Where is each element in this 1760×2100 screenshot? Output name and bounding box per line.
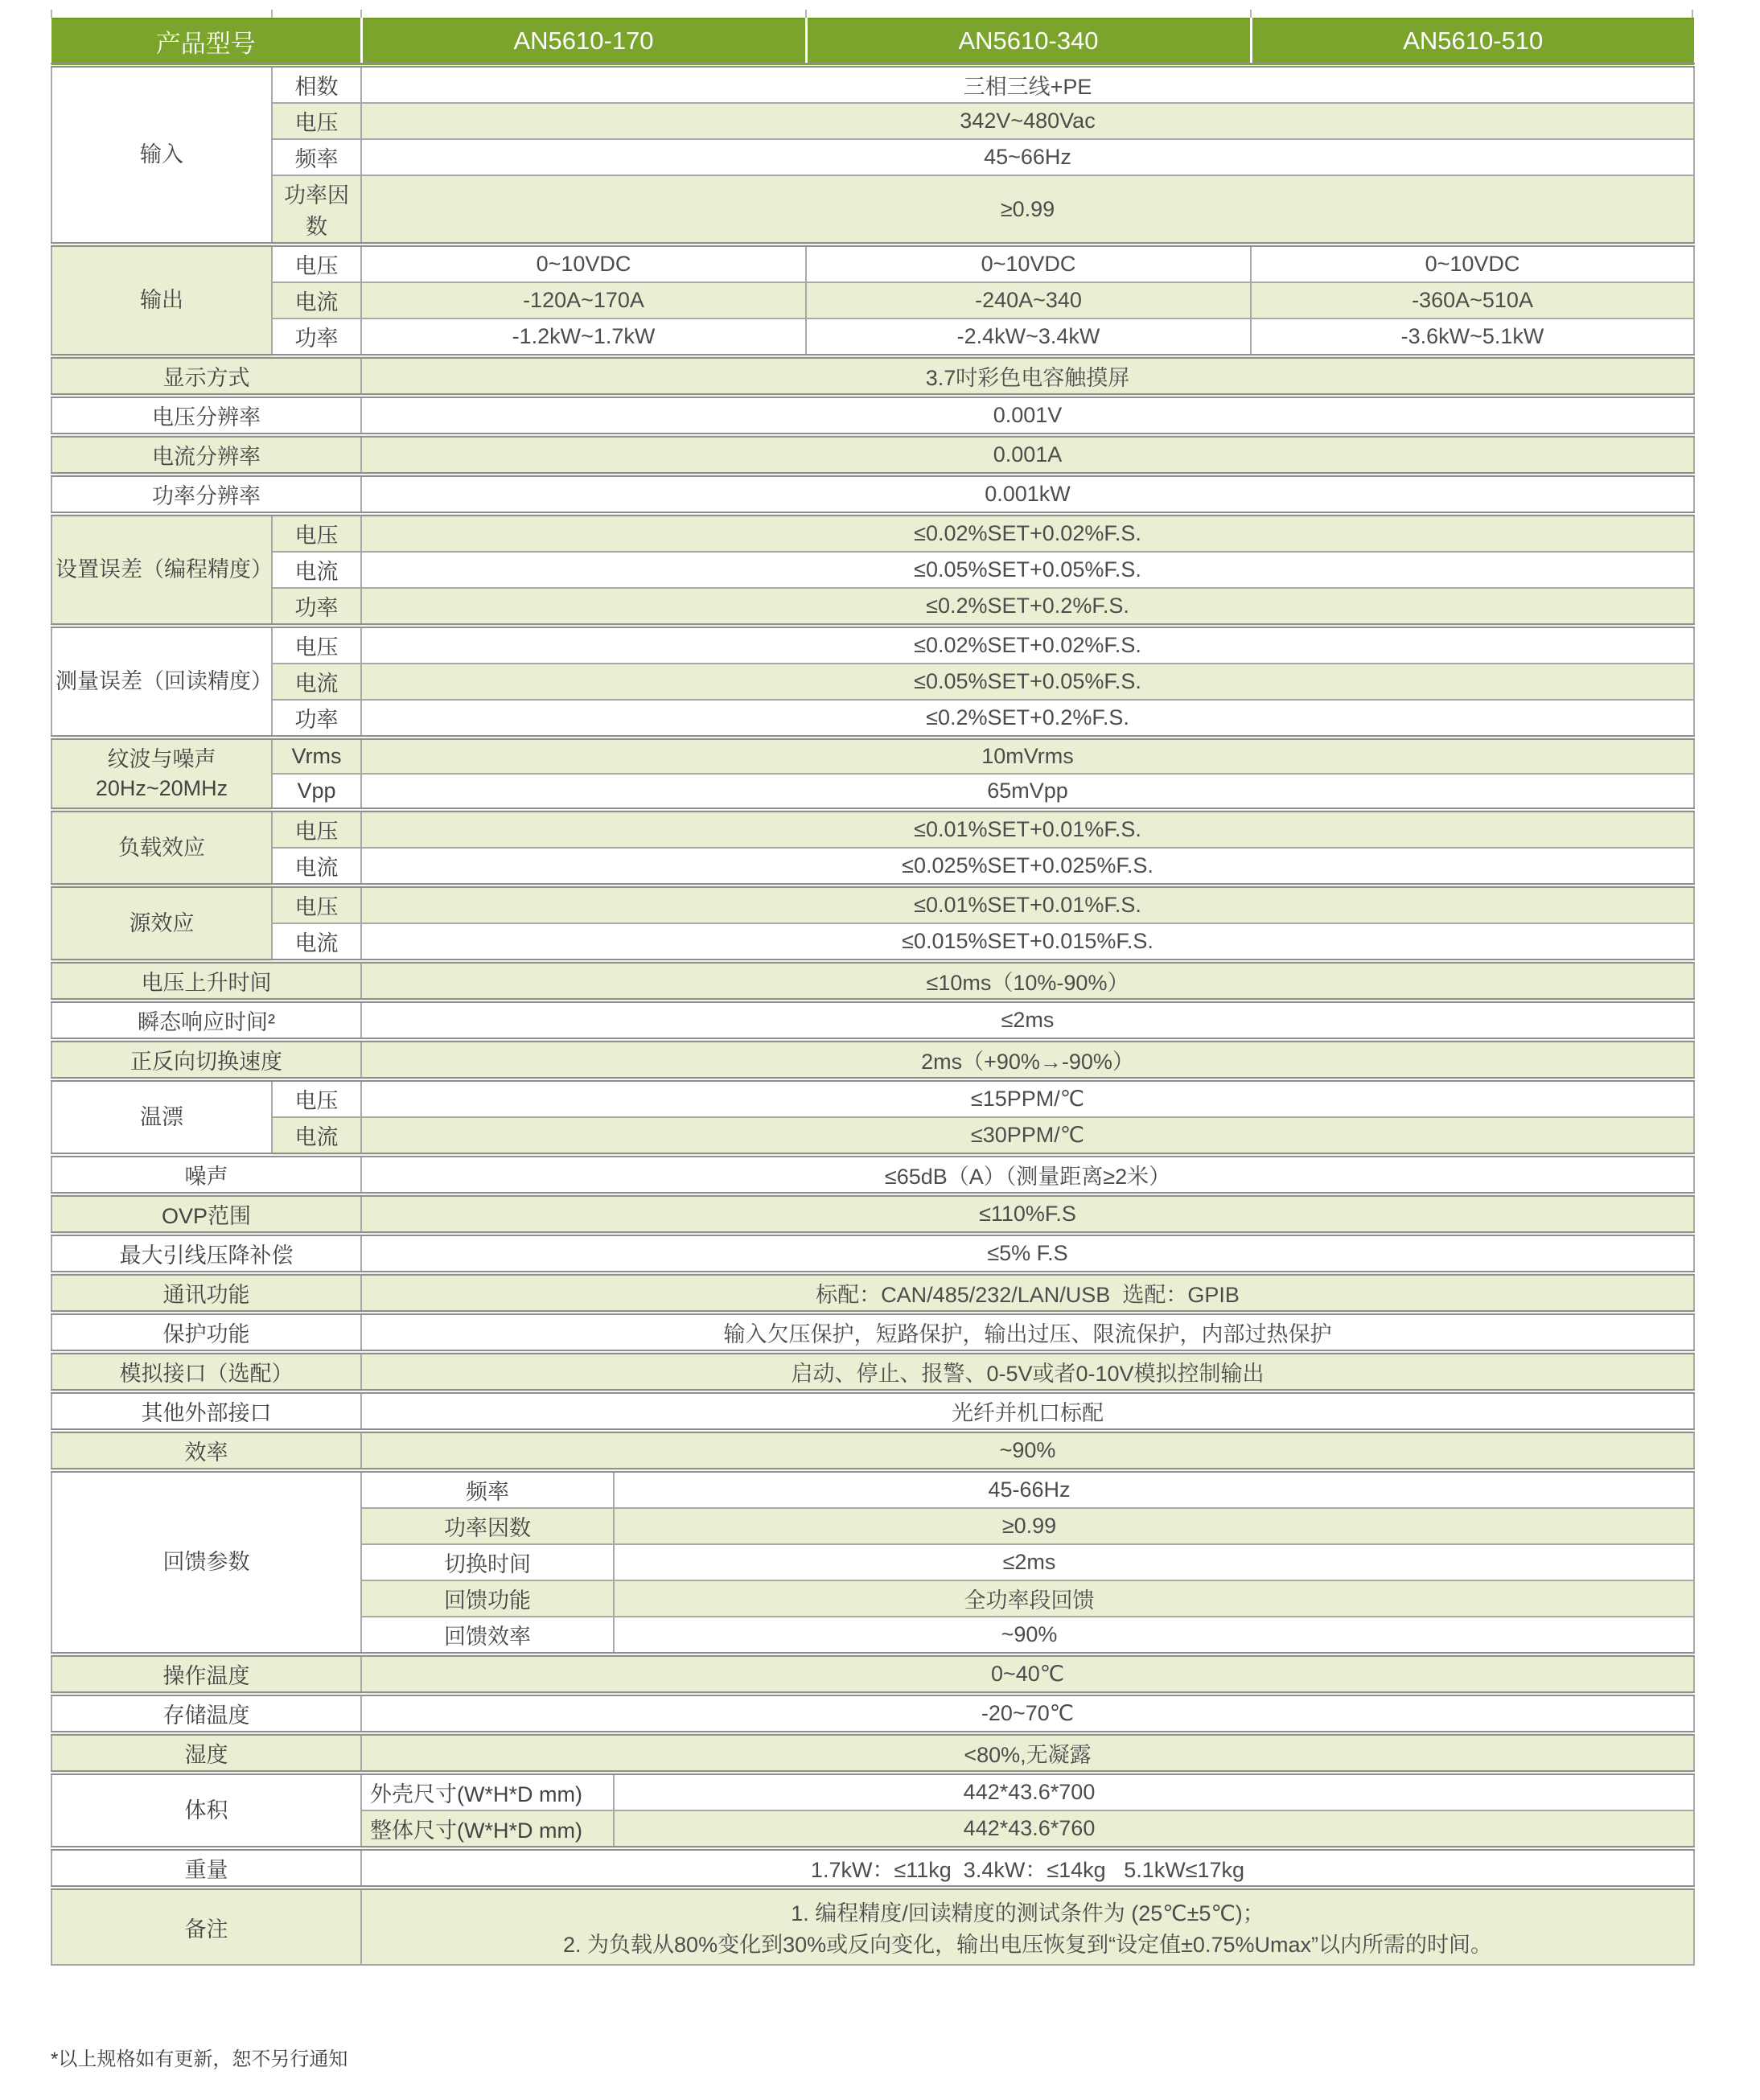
weight-value: 1.7kW：≤11kg 3.4kW：≤14kg 5.1kW≤17kg	[361, 1848, 1694, 1888]
output-voltage-170: 0~10VDC	[361, 245, 806, 282]
feedback-efficiency-label: 回馈效率	[361, 1617, 614, 1654]
drift-current-value: ≤30PPM/℃	[361, 1117, 1694, 1155]
feedback-pf-value: ≥0.99	[614, 1508, 1694, 1544]
ovp-value: ≤110%F.S	[361, 1194, 1694, 1234]
row-protect: 保护功能 输入欠压保护，短路保护，输出过压、限流保护，内部过热保护	[51, 1313, 1694, 1352]
row-set-err-power: 功率 ≤0.2%SET+0.2%F.S.	[51, 588, 1694, 626]
transient-label: 瞬态响应时间²	[51, 1001, 361, 1040]
meas-err-group-label: 测量误差（回读精度）	[51, 626, 272, 738]
humidity-label: 湿度	[51, 1733, 361, 1773]
set-err-current-value: ≤0.05%SET+0.05%F.S.	[361, 552, 1694, 588]
row-voltage-resolution: 电压分辨率 0.001V	[51, 396, 1694, 435]
output-power-510: -3.6kW~5.1kW	[1251, 318, 1694, 356]
drift-current-label: 电流	[272, 1117, 361, 1155]
src-eff-current-label: 电流	[272, 923, 361, 961]
feedback-frequency-value: 45-66Hz	[614, 1470, 1694, 1508]
row-load-eff-current: 电流 ≤0.025%SET+0.025%F.S.	[51, 848, 1694, 886]
input-pf-value: ≥0.99	[361, 175, 1694, 245]
row-transient: 瞬态响应时间² ≤2ms	[51, 1001, 1694, 1040]
row-input-phase: 输入 相数 三相三线+PE	[51, 65, 1694, 103]
output-current-label: 电流	[272, 282, 361, 318]
switch-speed-label: 正反向切换速度	[51, 1040, 361, 1079]
row-humidity: 湿度 <80%,无凝露	[51, 1733, 1694, 1773]
feedback-switch-time-value: ≤2ms	[614, 1544, 1694, 1580]
row-ext-if: 其他外部接口 光纤并机口标配	[51, 1391, 1694, 1431]
notes-label: 备注	[51, 1888, 361, 1965]
src-eff-voltage-value: ≤0.01%SET+0.01%F.S.	[361, 886, 1694, 923]
meas-err-voltage-label: 电压	[272, 626, 361, 664]
ovp-label: OVP范围	[51, 1194, 361, 1234]
protect-value: 输入欠压保护，短路保护，输出过压、限流保护，内部过热保护	[361, 1313, 1694, 1352]
analog-if-label: 模拟接口（选配）	[51, 1352, 361, 1391]
noise-label: 噪声	[51, 1155, 361, 1194]
row-meas-err-voltage: 测量误差（回读精度） 电压 ≤0.02%SET+0.02%F.S.	[51, 626, 1694, 664]
input-voltage-value: 342V~480Vac	[361, 103, 1694, 139]
ripple-group-label: 纹波与噪声 20Hz~20MHz	[51, 738, 272, 810]
load-eff-current-value: ≤0.025%SET+0.025%F.S.	[361, 848, 1694, 886]
display-label: 显示方式	[51, 356, 361, 396]
output-power-170: -1.2kW~1.7kW	[361, 318, 806, 356]
feedback-function-label: 回馈功能	[361, 1580, 614, 1617]
input-phase-label: 相数	[272, 65, 361, 103]
row-comm: 通讯功能 标配：CAN/485/232/LAN/USB 选配：GPIB	[51, 1273, 1694, 1313]
spec-sheet-page: 产品型号 AN5610-170 AN5610-340 AN5610-510 输入…	[0, 0, 1760, 2100]
input-voltage-label: 电压	[272, 103, 361, 139]
meas-err-voltage-value: ≤0.02%SET+0.02%F.S.	[361, 626, 1694, 664]
row-efficiency: 效率 ~90%	[51, 1431, 1694, 1470]
ripple-vrms-value: 10mVrms	[361, 738, 1694, 774]
row-input-voltage: 电压 342V~480Vac	[51, 103, 1694, 139]
row-src-eff-voltage: 源效应 电压 ≤0.01%SET+0.01%F.S.	[51, 886, 1694, 923]
ripple-vpp-label: Vpp	[272, 774, 361, 810]
drift-group-label: 温漂	[51, 1079, 272, 1155]
row-meas-err-current: 电流 ≤0.05%SET+0.05%F.S.	[51, 664, 1694, 700]
switch-speed-value: 2ms（+90%→-90%）	[361, 1040, 1694, 1079]
volume-overall-value: 442*43.6*760	[614, 1810, 1694, 1848]
op-temp-value: 0~40℃	[361, 1654, 1694, 1694]
meas-err-power-label: 功率	[272, 700, 361, 738]
feedback-switch-time-label: 切换时间	[361, 1544, 614, 1580]
header-product-model: 产品型号	[51, 18, 361, 65]
lead-drop-label: 最大引线压降补偿	[51, 1234, 361, 1273]
row-set-err-current: 电流 ≤0.05%SET+0.05%F.S.	[51, 552, 1694, 588]
meas-err-current-value: ≤0.05%SET+0.05%F.S.	[361, 664, 1694, 700]
row-set-err-voltage: 设置误差（编程精度） 电压 ≤0.02%SET+0.02%F.S.	[51, 514, 1694, 552]
ext-if-label: 其他外部接口	[51, 1391, 361, 1431]
feedback-pf-label: 功率因数	[361, 1508, 614, 1544]
header-model-an5610-510: AN5610-510	[1251, 18, 1694, 65]
output-current-510: -360A~510A	[1251, 282, 1694, 318]
power-resolution-label: 功率分辨率	[51, 475, 361, 514]
lead-drop-value: ≤5% F.S	[361, 1234, 1694, 1273]
row-ripple-vpp: Vpp 65mVpp	[51, 774, 1694, 810]
set-err-power-value: ≤0.2%SET+0.2%F.S.	[361, 588, 1694, 626]
output-power-340: -2.4kW~3.4kW	[806, 318, 1251, 356]
display-value: 3.7吋彩色电容触摸屏	[361, 356, 1694, 396]
set-err-voltage-label: 电压	[272, 514, 361, 552]
feedback-group-label: 回馈参数	[51, 1470, 361, 1654]
row-output-power: 功率 -1.2kW~1.7kW -2.4kW~3.4kW -3.6kW~5.1k…	[51, 318, 1694, 356]
load-eff-voltage-value: ≤0.01%SET+0.01%F.S.	[361, 810, 1694, 848]
storage-temp-label: 存储温度	[51, 1694, 361, 1733]
row-noise: 噪声 ≤65dB（A）（测量距离≥2米）	[51, 1155, 1694, 1194]
drift-voltage-value: ≤15PPM/℃	[361, 1079, 1694, 1117]
voltage-resolution-label: 电压分辨率	[51, 396, 361, 435]
row-input-frequency: 频率 45~66Hz	[51, 139, 1694, 175]
row-drift-current: 电流 ≤30PPM/℃	[51, 1117, 1694, 1155]
comm-value: 标配：CAN/485/232/LAN/USB 选配：GPIB	[361, 1273, 1694, 1313]
row-drift-voltage: 温漂 电压 ≤15PPM/℃	[51, 1079, 1694, 1117]
transient-value: ≤2ms	[361, 1001, 1694, 1040]
output-voltage-label: 电压	[272, 245, 361, 282]
row-switch-speed: 正反向切换速度 2ms（+90%→-90%）	[51, 1040, 1694, 1079]
row-src-eff-current: 电流 ≤0.015%SET+0.015%F.S.	[51, 923, 1694, 961]
volume-overall-label: 整体尺寸(W*H*D mm)	[361, 1810, 614, 1848]
row-volume-case: 体积 外壳尺寸(W*H*D mm) 442*43.6*700	[51, 1773, 1694, 1810]
comm-label: 通讯功能	[51, 1273, 361, 1313]
header-row: 产品型号 AN5610-170 AN5610-340 AN5610-510	[51, 18, 1694, 65]
efficiency-value: ~90%	[361, 1431, 1694, 1470]
row-weight: 重量 1.7kW：≤11kg 3.4kW：≤14kg 5.1kW≤17kg	[51, 1848, 1694, 1888]
set-err-voltage-value: ≤0.02%SET+0.02%F.S.	[361, 514, 1694, 552]
meas-err-power-value: ≤0.2%SET+0.2%F.S.	[361, 700, 1694, 738]
row-feedback-frequency: 回馈参数 频率 45-66Hz	[51, 1470, 1694, 1508]
row-ovp: OVP范围 ≤110%F.S	[51, 1194, 1694, 1234]
weight-label: 重量	[51, 1848, 361, 1888]
row-rise-time: 电压上升时间 ≤10ms（10%-90%）	[51, 961, 1694, 1001]
input-phase-value: 三相三线+PE	[361, 65, 1694, 103]
volume-group-label: 体积	[51, 1773, 361, 1848]
row-meas-err-power: 功率 ≤0.2%SET+0.2%F.S.	[51, 700, 1694, 738]
load-eff-current-label: 电流	[272, 848, 361, 886]
op-temp-label: 操作温度	[51, 1654, 361, 1694]
load-eff-group-label: 负载效应	[51, 810, 272, 886]
storage-temp-value: -20~70℃	[361, 1694, 1694, 1733]
row-notes: 备注 1. 编程精度/回读精度的测试条件为 (25℃±5℃)； 2. 为负载从8…	[51, 1888, 1694, 1965]
input-group-label: 输入	[51, 65, 272, 245]
efficiency-label: 效率	[51, 1431, 361, 1470]
input-pf-label: 功率因数	[272, 175, 361, 245]
analog-if-value: 启动、停止、报警、0-5V或者0-10V模拟控制输出	[361, 1352, 1694, 1391]
rise-time-label: 电压上升时间	[51, 961, 361, 1001]
set-err-power-label: 功率	[272, 588, 361, 626]
input-frequency-value: 45~66Hz	[361, 139, 1694, 175]
row-ripple-vrms: 纹波与噪声 20Hz~20MHz Vrms 10mVrms	[51, 738, 1694, 774]
row-analog-if: 模拟接口（选配） 启动、停止、报警、0-5V或者0-10V模拟控制输出	[51, 1352, 1694, 1391]
row-output-current: 电流 -120A~170A -240A~340 -360A~510A	[51, 282, 1694, 318]
voltage-resolution-value: 0.001V	[361, 396, 1694, 435]
row-current-resolution: 电流分辨率 0.001A	[51, 435, 1694, 475]
row-lead-drop: 最大引线压降补偿 ≤5% F.S	[51, 1234, 1694, 1273]
row-load-eff-voltage: 负载效应 电压 ≤0.01%SET+0.01%F.S.	[51, 810, 1694, 848]
src-eff-group-label: 源效应	[51, 886, 272, 961]
output-group-label: 输出	[51, 245, 272, 356]
table-top-crop-artifact	[51, 10, 1693, 18]
rise-time-value: ≤10ms（10%-90%）	[361, 961, 1694, 1001]
current-resolution-value: 0.001A	[361, 435, 1694, 475]
noise-value: ≤65dB（A）（测量距离≥2米）	[361, 1155, 1694, 1194]
current-resolution-label: 电流分辨率	[51, 435, 361, 475]
row-output-voltage: 输出 电压 0~10VDC 0~10VDC 0~10VDC	[51, 245, 1694, 282]
ripple-vrms-label: Vrms	[272, 738, 361, 774]
feedback-function-value: 全功率段回馈	[614, 1580, 1694, 1617]
humidity-value: <80%,无凝露	[361, 1733, 1694, 1773]
volume-case-label: 外壳尺寸(W*H*D mm)	[361, 1773, 614, 1810]
drift-voltage-label: 电压	[272, 1079, 361, 1117]
header-model-an5610-340: AN5610-340	[806, 18, 1251, 65]
row-storage-temp: 存储温度 -20~70℃	[51, 1694, 1694, 1733]
src-eff-voltage-label: 电压	[272, 886, 361, 923]
output-power-label: 功率	[272, 318, 361, 356]
set-err-group-label: 设置误差（编程精度）	[51, 514, 272, 626]
row-display: 显示方式 3.7吋彩色电容触摸屏	[51, 356, 1694, 396]
set-err-current-label: 电流	[272, 552, 361, 588]
ripple-vpp-value: 65mVpp	[361, 774, 1694, 810]
row-input-pf: 功率因数 ≥0.99	[51, 175, 1694, 245]
input-frequency-label: 频率	[272, 139, 361, 175]
row-power-resolution: 功率分辨率 0.001kW	[51, 475, 1694, 514]
volume-case-value: 442*43.6*700	[614, 1773, 1694, 1810]
output-current-340: -240A~340	[806, 282, 1251, 318]
spec-table: 产品型号 AN5610-170 AN5610-340 AN5610-510 输入…	[51, 18, 1695, 1966]
src-eff-current-value: ≤0.015%SET+0.015%F.S.	[361, 923, 1694, 961]
load-eff-voltage-label: 电压	[272, 810, 361, 848]
output-voltage-510: 0~10VDC	[1251, 245, 1694, 282]
feedback-frequency-label: 频率	[361, 1470, 614, 1508]
ext-if-value: 光纤并机口标配	[361, 1391, 1694, 1431]
header-model-an5610-170: AN5610-170	[361, 18, 806, 65]
power-resolution-value: 0.001kW	[361, 475, 1694, 514]
meas-err-current-label: 电流	[272, 664, 361, 700]
row-op-temp: 操作温度 0~40℃	[51, 1654, 1694, 1694]
notes-value: 1. 编程精度/回读精度的测试条件为 (25℃±5℃)； 2. 为负载从80%变…	[361, 1888, 1694, 1965]
feedback-efficiency-value: ~90%	[614, 1617, 1694, 1654]
output-current-170: -120A~170A	[361, 282, 806, 318]
output-voltage-340: 0~10VDC	[806, 245, 1251, 282]
footnote: *以上规格如有更新，恕不另行通知	[51, 2043, 347, 2071]
protect-label: 保护功能	[51, 1313, 361, 1352]
